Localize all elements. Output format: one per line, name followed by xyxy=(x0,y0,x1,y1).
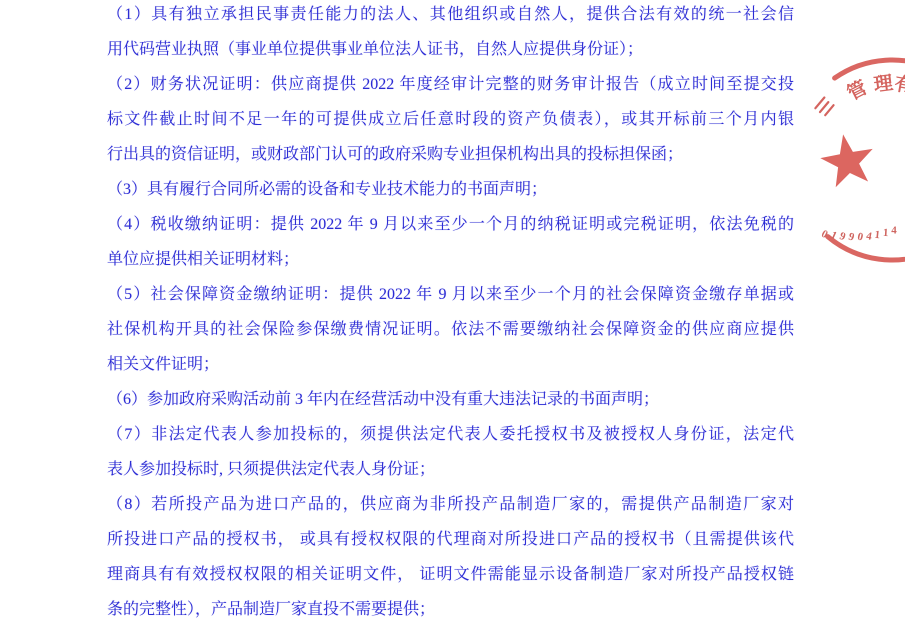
seal-arc-character: 理 xyxy=(872,72,895,96)
document-line: 条的完整性），产品制造厂家直投不需要提供； xyxy=(107,592,794,627)
document-line: （8）若所投产品为进口产品的，供应商为非所投产品制造厂家的，需提供产品制造厂家对 xyxy=(107,487,794,522)
seal-serial-digit: 9 xyxy=(847,231,856,244)
document-line: （5）社会保障资金缴纳证明：提供 2022 年 9 月以来至少一个月的社会保障资… xyxy=(107,277,794,312)
seal-arc-character: 管 xyxy=(843,76,870,105)
document-line: 单位应提供相关证明材料； xyxy=(107,242,794,277)
document-line: （3）具有履行合同所必需的设备和专业技术能力的书面声明； xyxy=(107,172,794,207)
document-line: （1）具有独立承担民事责任能力的法人、其他组织或自然人，提供合法有效的统一社会信 xyxy=(107,0,794,32)
seal-partial-character xyxy=(815,97,833,115)
red-star-icon xyxy=(820,134,872,187)
document-line: 所投进口产品的授权书， 或具有授权权限的代理商对所投进口产品的授权书（且需提供该… xyxy=(107,522,794,557)
document-line: 表人参加投标时, 只须提供法定代表人身份证； xyxy=(107,452,794,487)
seal-serial-digit: 1 xyxy=(829,229,839,242)
seal-serial-digit: 4 xyxy=(865,230,873,243)
seal-serial-digit: 4 xyxy=(891,225,897,237)
document-line: 理商具有有效授权权限的相关证明文件， 证明文件需能显示设备制造厂家对所投产品授权… xyxy=(107,557,794,592)
document-line: 行出具的资信证明，或财政部门认可的政府采购专业担保机构出具的投标担保函； xyxy=(107,137,794,172)
seal-serial-digit: 9 xyxy=(838,230,848,243)
company-seal: 管理有 019904114 xyxy=(770,30,905,300)
document-line: （2）财务状况证明：供应商提供 2022 年度经审计完整的财务审计报告（成立时间… xyxy=(107,67,794,102)
seal-serial-number: 019904114 xyxy=(819,225,897,244)
seal-arc-character: 有 xyxy=(893,72,905,98)
document-line: （6）参加政府采购活动前 3 年内在经营活动中没有重大违法记录的书面声明； xyxy=(107,382,794,417)
seal-serial-digit: 1 xyxy=(883,227,889,239)
seal-arc-text: 管理有 xyxy=(843,72,905,105)
document-line: 用代码营业执照（事业单位提供事业单位法人证书，自然人应提供身份证）； xyxy=(107,32,794,67)
document-line: （4）税收缴纳证明：提供 2022 年 9 月以来至少一个月的纳税证明或完税证明… xyxy=(107,207,794,242)
document-text: （1）具有独立承担民事责任能力的法人、其他组织或自然人，提供合法有效的统一社会信… xyxy=(107,0,794,627)
document-line: （7）非法定代表人参加投标的，须提供法定代表人委托授权书及被授权人身份证，法定代 xyxy=(107,417,794,452)
seal-serial-digit: 1 xyxy=(874,229,881,242)
document-line: 社保机构开具的社会保险参保缴费情况证明。依法不需要缴纳社会保障资金的供应商应提供 xyxy=(107,312,794,347)
seal-serial-digit: 0 xyxy=(856,231,865,244)
document-line: 标文件截止时间不足一年的可提供成立后任意时段的资产负债表），或其开标前三个月内银 xyxy=(107,102,794,137)
document-line: 相关文件证明； xyxy=(107,347,794,382)
